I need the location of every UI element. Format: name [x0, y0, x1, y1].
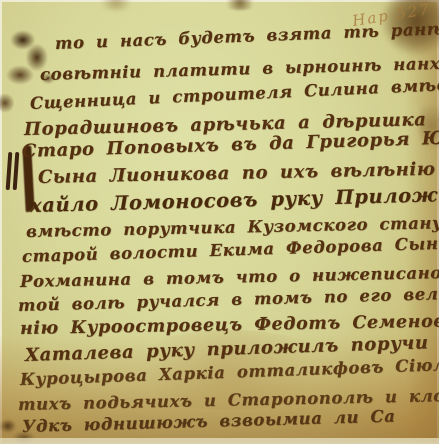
manuscript-line: той волѣ ручался в томъ по его велѣ — [18, 286, 439, 315]
manuscript-line: старой волости Екима Федорова Сына — [22, 236, 439, 266]
top-edge-smudge — [222, 0, 258, 10]
top-edge-smudge-2 — [96, 0, 136, 10]
ink-blot-left-edge — [0, 92, 14, 114]
manuscript-line: Сына Лионикова по ихъ вѣлѣнію Ми — [38, 160, 439, 187]
manuscript-line-lomonosov-signature: хайло Ломоносовъ руку Приложилъ — [30, 184, 439, 215]
manuscript-photo: Нар 527 то и насъ будетъ взята тѣ ранѣе … — [0, 0, 439, 444]
manuscript-line: то и насъ будетъ взята тѣ ранѣе деньги — [55, 17, 439, 52]
margin-double-stroke — [7, 152, 21, 190]
photo-bottom-border — [0, 438, 439, 444]
ink-blot-top-left — [6, 26, 62, 96]
